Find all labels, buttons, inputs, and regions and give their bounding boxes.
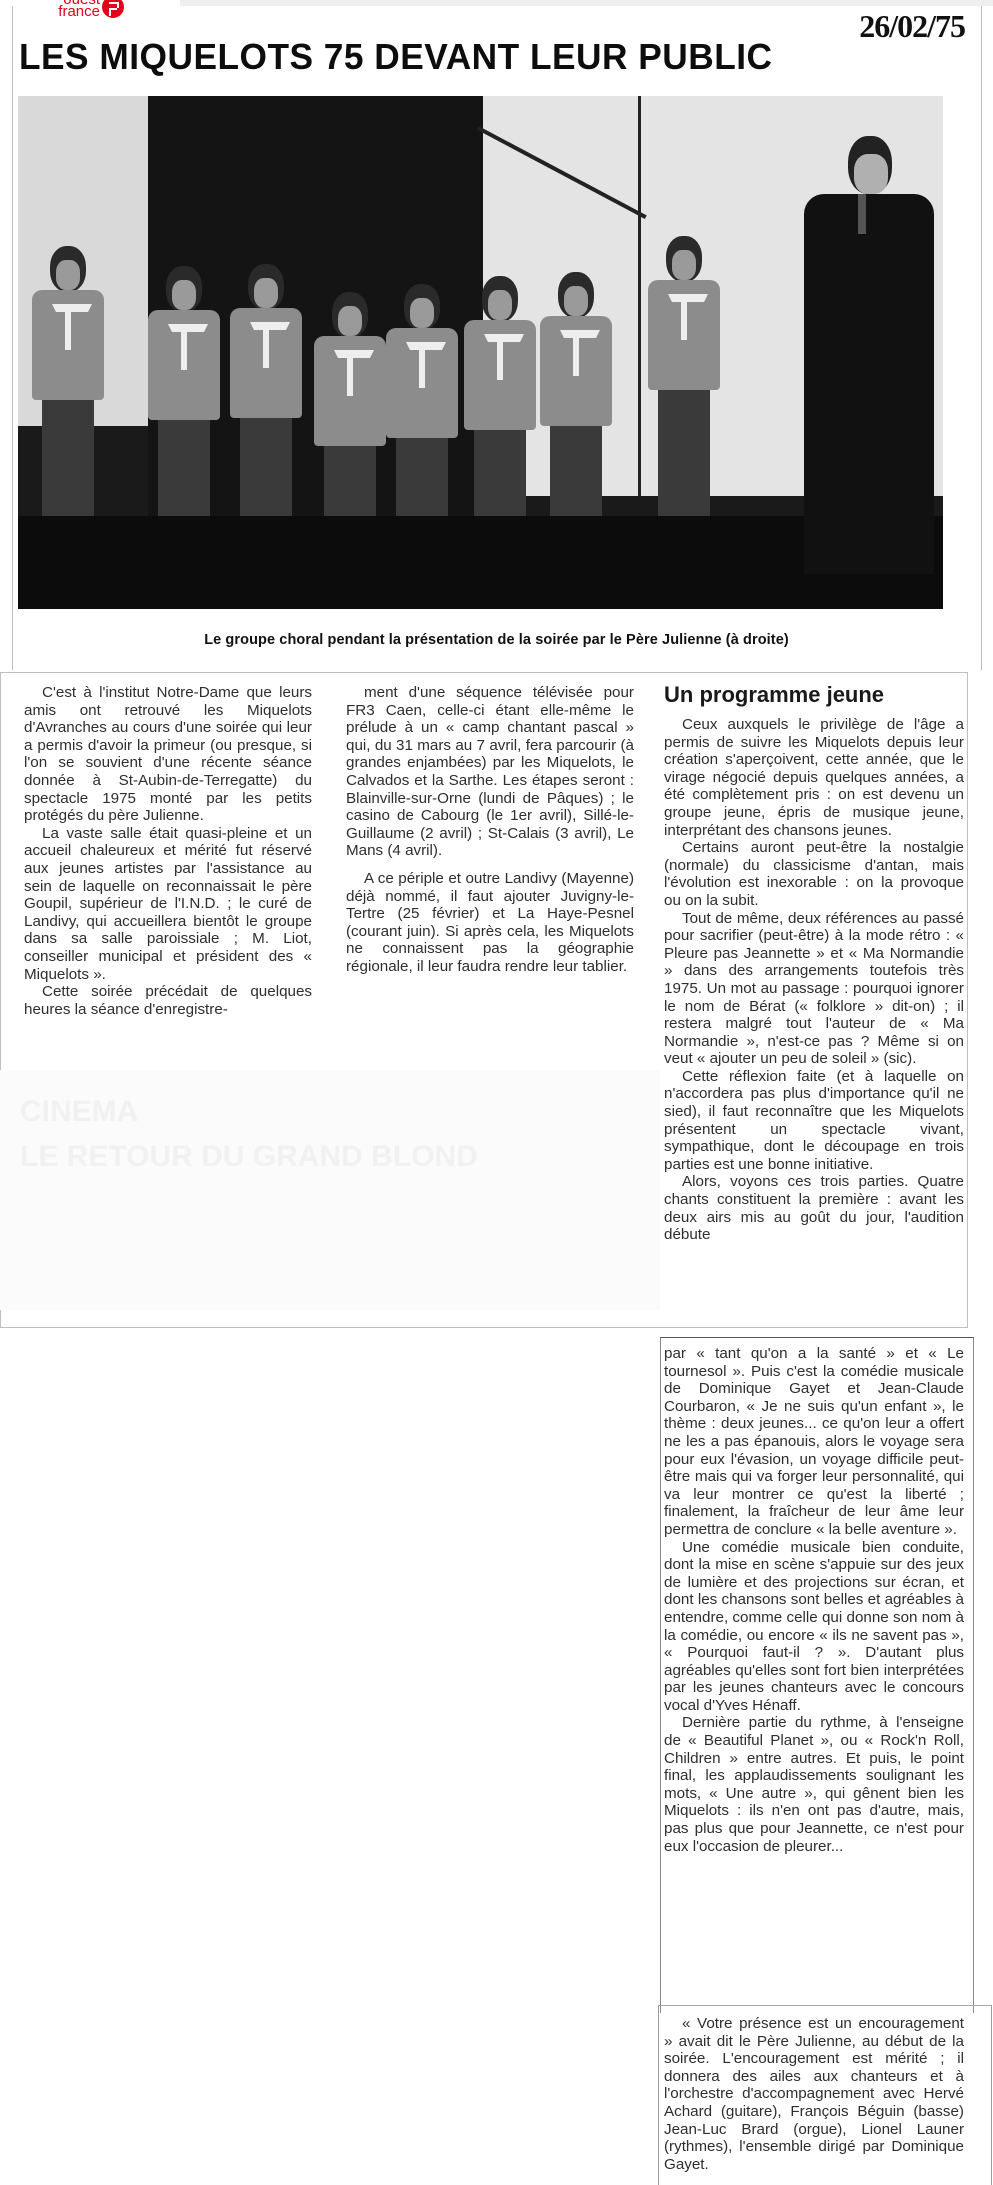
paragraph: Cette soirée précédait de quelques heure… <box>24 983 312 1018</box>
article-photo <box>18 96 943 609</box>
photo-singer <box>648 236 720 536</box>
article-headline: LES MIQUELOTS 75 DEVANT LEUR PUBLIC <box>19 36 773 78</box>
paragraph: Ceux auxquels le privilège de l'âge a pe… <box>664 716 964 839</box>
paragraph: La vaste salle était quasi-pleine et un … <box>24 825 312 983</box>
paragraph: Dernière partie du rythme, à l'enseigne … <box>664 1714 964 1855</box>
photo-singer <box>32 246 104 546</box>
paragraph: par « tant qu'on a la santé » et « Le to… <box>664 1345 964 1539</box>
paragraph: Certains auront peut-être la nostalgie (… <box>664 839 964 909</box>
paragraph: Cette réflexion faite (et à laquelle on … <box>664 1068 964 1174</box>
paragraph: Alors, voyons ces trois parties. Quatre … <box>664 1173 964 1243</box>
article-column-2: ment d'une séquence télévisée pour FR3 C… <box>346 684 634 976</box>
paragraph: Tout de même, deux références au passé p… <box>664 910 964 1068</box>
paragraph: Une comédie musicale bien conduite, dont… <box>664 1539 964 1715</box>
photo-caption: Le groupe choral pendant la présentation… <box>0 632 993 648</box>
photo-mic-stand <box>638 96 641 496</box>
paragraph: A ce périple et outre Landivy (Mayenne) … <box>346 870 634 976</box>
article-column-3-continued: par « tant qu'on a la santé » et « Le to… <box>664 1345 964 1855</box>
article-column-3-end: « Votre présence est un encouragement » … <box>664 2015 964 2173</box>
ghost-headline: LE RETOUR DU GRAND BLOND <box>20 1140 478 1174</box>
paragraph: « Votre présence est un encouragement » … <box>664 2015 964 2173</box>
ghost-kicker: CINEMA <box>20 1095 138 1129</box>
paragraph: C'est à l'institut Notre-Dame que leurs … <box>24 684 312 825</box>
article-column-3: Un programme jeune Ceux auxquels le priv… <box>664 682 964 1244</box>
subheading: Un programme jeune <box>664 682 964 708</box>
paragraph: ment d'une séquence télévisée pour FR3 C… <box>346 684 634 860</box>
photo-pere-julienne <box>798 136 938 576</box>
article-column-1: C'est à l'institut Notre-Dame que leurs … <box>24 684 312 1018</box>
